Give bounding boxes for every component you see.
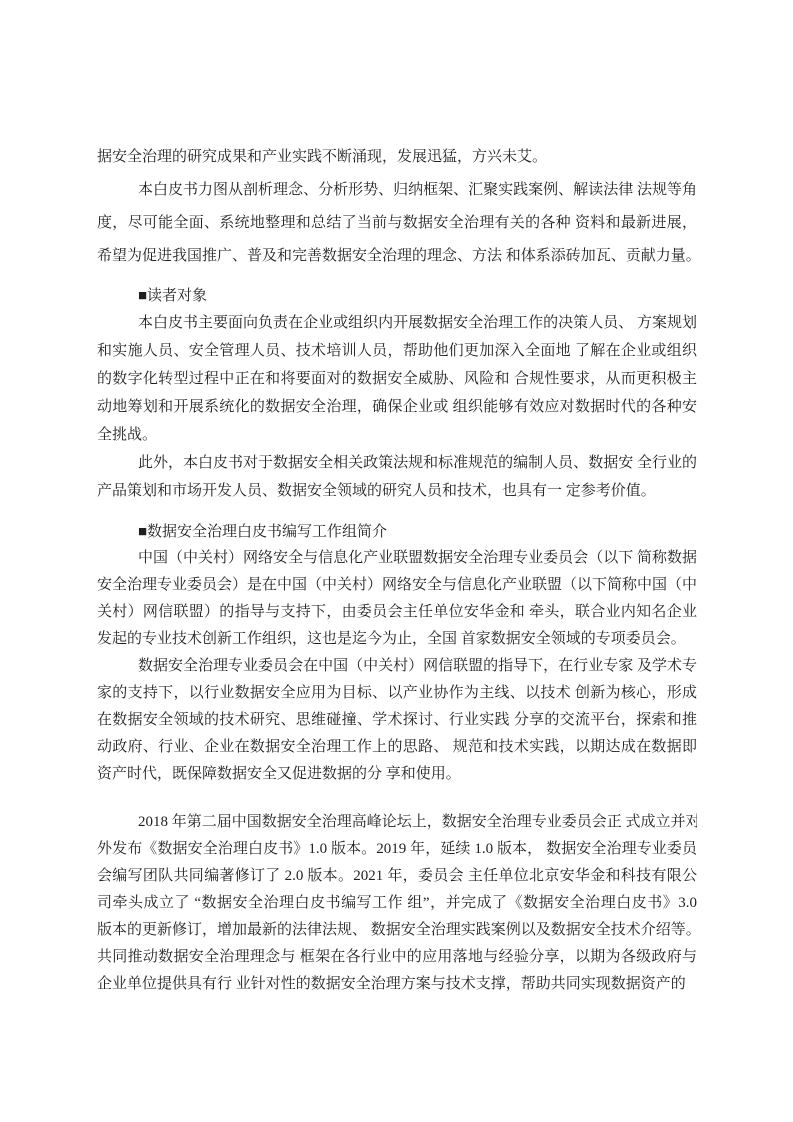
text-line: 版本的更新修订，增加最新的法律法规、 数据安全治理实践案例以及数据安全技术介绍等… bbox=[97, 917, 697, 944]
document-page: 据安全治理的研究成果和产业实践不断涌现，发展迅猛，方兴未艾。本白皮书力图从剖析理… bbox=[0, 0, 793, 1122]
paragraph: 本白皮书力图从剖析理念、分析形势、归纳框架、汇聚实践案例、解读法律 法规等角度，… bbox=[97, 174, 697, 273]
text-line: 产品策划和市场开发人员、数据安全领域的研究人员和技术，也具有一 定参考价值。 bbox=[97, 477, 697, 505]
text-line: 据安全治理的研究成果和产业实践不断涌现，发展迅猛，方兴未艾。 bbox=[97, 141, 697, 174]
text-line: 共同推动数据安全治理理念与 框架在各行业中的应用落地与经验分享，以期为各级政府与 bbox=[97, 944, 697, 971]
text-line: 动地筹划和开展系统化的数据安全治理，确保企业或 组织能够有效应对数据时代的各种安 bbox=[97, 393, 697, 421]
text-line: 会编写团队共同编著修订了 2.0 版本。2021 年，委员会 主任单位北京安华金… bbox=[97, 863, 697, 890]
text-line: 外发布《数据安全治理白皮书》1.0 版本。2019 年，延续 1.0 版本， 数… bbox=[97, 836, 697, 863]
paragraph: 数据安全治理专业委员会在中国（中关村）网信联盟的指导下，在行业专家 及学术专家的… bbox=[97, 653, 697, 788]
text-line: 的数字化转型过程中正在和将要面对的数据安全威胁、风险和 合规性要求，从而更积极主 bbox=[97, 365, 697, 393]
section-heading: ■读者对象 bbox=[97, 283, 697, 309]
heading-line: ■读者对象 bbox=[97, 283, 697, 309]
paragraph: 2018 年第二届中国数据安全治理高峰论坛上，数据安全治理专业委员会正 式成立并… bbox=[97, 809, 697, 998]
text-line: 动政府、行业、企业在数据安全治理工作上的思路、 规范和技术实践，以期达成在数据即 bbox=[97, 734, 697, 761]
text-line: 家的支持下，以行业数据安全应用为目标、以产业协作为主线、以技术 创新为核心，形成 bbox=[97, 680, 697, 707]
text-line: 本白皮书主要面向负责在企业或组织内开展数据安全治理工作的决策人员、 方案规划 bbox=[97, 309, 697, 337]
text-line: 度，尽可能全面、系统地整理和总结了当前与数据安全治理有关的各种 资料和最新进展， bbox=[97, 207, 697, 240]
paragraph: 本白皮书主要面向负责在企业或组织内开展数据安全治理工作的决策人员、 方案规划和实… bbox=[97, 309, 697, 449]
text-line: 本白皮书力图从剖析理念、分析形势、归纳框架、汇聚实践案例、解读法律 法规等角 bbox=[97, 174, 697, 207]
text-line: 企业单位提供具有行 业针对性的数据安全治理方案与技术支撑，帮助共同实现数据资产的 bbox=[97, 971, 697, 998]
text-line: 资产时代，既保障数据安全又促进数据的分 享和使用。 bbox=[97, 761, 697, 788]
text-line: 希望为促进我国推广、普及和完善数据安全治理的理念、方法 和体系添砖加瓦、贡献力量… bbox=[97, 240, 697, 273]
paragraph: 此外，本白皮书对于数据安全相关政策法规和标准规范的编制人员、数据安 全行业的产品… bbox=[97, 449, 697, 505]
text-line: 司牵头成立了 “数据安全治理白皮书编写工作 组”，并完成了《数据安全治理白皮书》… bbox=[97, 890, 697, 917]
text-line: 和实施人员、安全管理人员、技术培训人员，帮助他们更加深入全面地 了解在企业或组织 bbox=[97, 337, 697, 365]
document-text-body: 据安全治理的研究成果和产业实践不断涌现，发展迅猛，方兴未艾。本白皮书力图从剖析理… bbox=[97, 141, 697, 998]
text-line: 关村）网信联盟）的指导与支持下，由委员会主任单位安华金和 牵头，联合业内知名企业 bbox=[97, 599, 697, 626]
text-line: 在数据安全领域的技术研究、思维碰撞、学术探讨、行业实践 分享的交流平台，探索和推 bbox=[97, 707, 697, 734]
paragraph: 据安全治理的研究成果和产业实践不断涌现，发展迅猛，方兴未艾。 bbox=[97, 141, 697, 174]
paragraph: 中国（中关村）网络安全与信息化产业联盟数据安全治理专业委员会（以下 简称数据安全… bbox=[97, 545, 697, 653]
text-line: 中国（中关村）网络安全与信息化产业联盟数据安全治理专业委员会（以下 简称数据 bbox=[97, 545, 697, 572]
text-line: 全挑战。 bbox=[97, 421, 697, 449]
text-line: 发起的专业技术创新工作组织，这也是迄今为止，全国 首家数据安全领域的专项委员会。 bbox=[97, 626, 697, 653]
text-line: 数据安全治理专业委员会在中国（中关村）网信联盟的指导下，在行业专家 及学术专 bbox=[97, 653, 697, 680]
text-line: 此外，本白皮书对于数据安全相关政策法规和标准规范的编制人员、数据安 全行业的 bbox=[97, 449, 697, 477]
text-line: 安全治理专业委员会）是在中国（中关村）网络安全与信息化产业联盟（以下简称中国（中 bbox=[97, 572, 697, 599]
section-heading: ■数据安全治理白皮书编写工作组简介 bbox=[97, 519, 697, 545]
heading-line: ■数据安全治理白皮书编写工作组简介 bbox=[97, 519, 697, 545]
text-line: 2018 年第二届中国数据安全治理高峰论坛上，数据安全治理专业委员会正 式成立并… bbox=[97, 809, 697, 836]
